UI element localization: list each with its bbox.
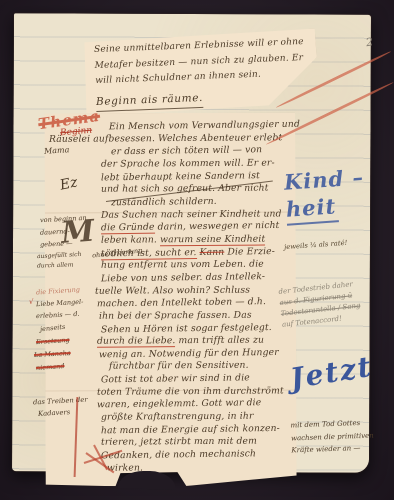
red-underline-mark: warum seine Kindheit <box>160 233 265 246</box>
kindheit-line1: Kind – <box>283 163 365 196</box>
main-text-lines: Ein Mensch vom Verwandlungsgier undRäuse… <box>101 120 301 474</box>
page-number: 2 <box>365 35 374 49</box>
manuscript-photo: 2 Seine unmittelbaren Erlebnisse will er… <box>0 0 394 500</box>
margin-note: √ <box>29 298 33 306</box>
slip-heading: Beginn ais räume. <box>96 88 204 111</box>
margin-note: dauernd- <box>40 227 70 237</box>
margin-note: gebene — <box>40 239 73 248</box>
bottom-right-ink-note: mit dem Tod Gottes wachsen die primitive… <box>290 417 374 457</box>
margin-note: durch allem <box>37 261 74 269</box>
margin-note: Kadavers <box>38 408 71 418</box>
kindheit-blue-crayon-note: Kind – heit <box>283 163 367 225</box>
kindheit-line2: heit <box>285 192 339 226</box>
margin-note: Mama <box>44 145 70 156</box>
red-strike-mark: Kann <box>199 246 224 257</box>
red-underline-mark: die Gründe <box>101 222 155 235</box>
red-underline-mark: durch die Liebe. <box>97 335 176 348</box>
